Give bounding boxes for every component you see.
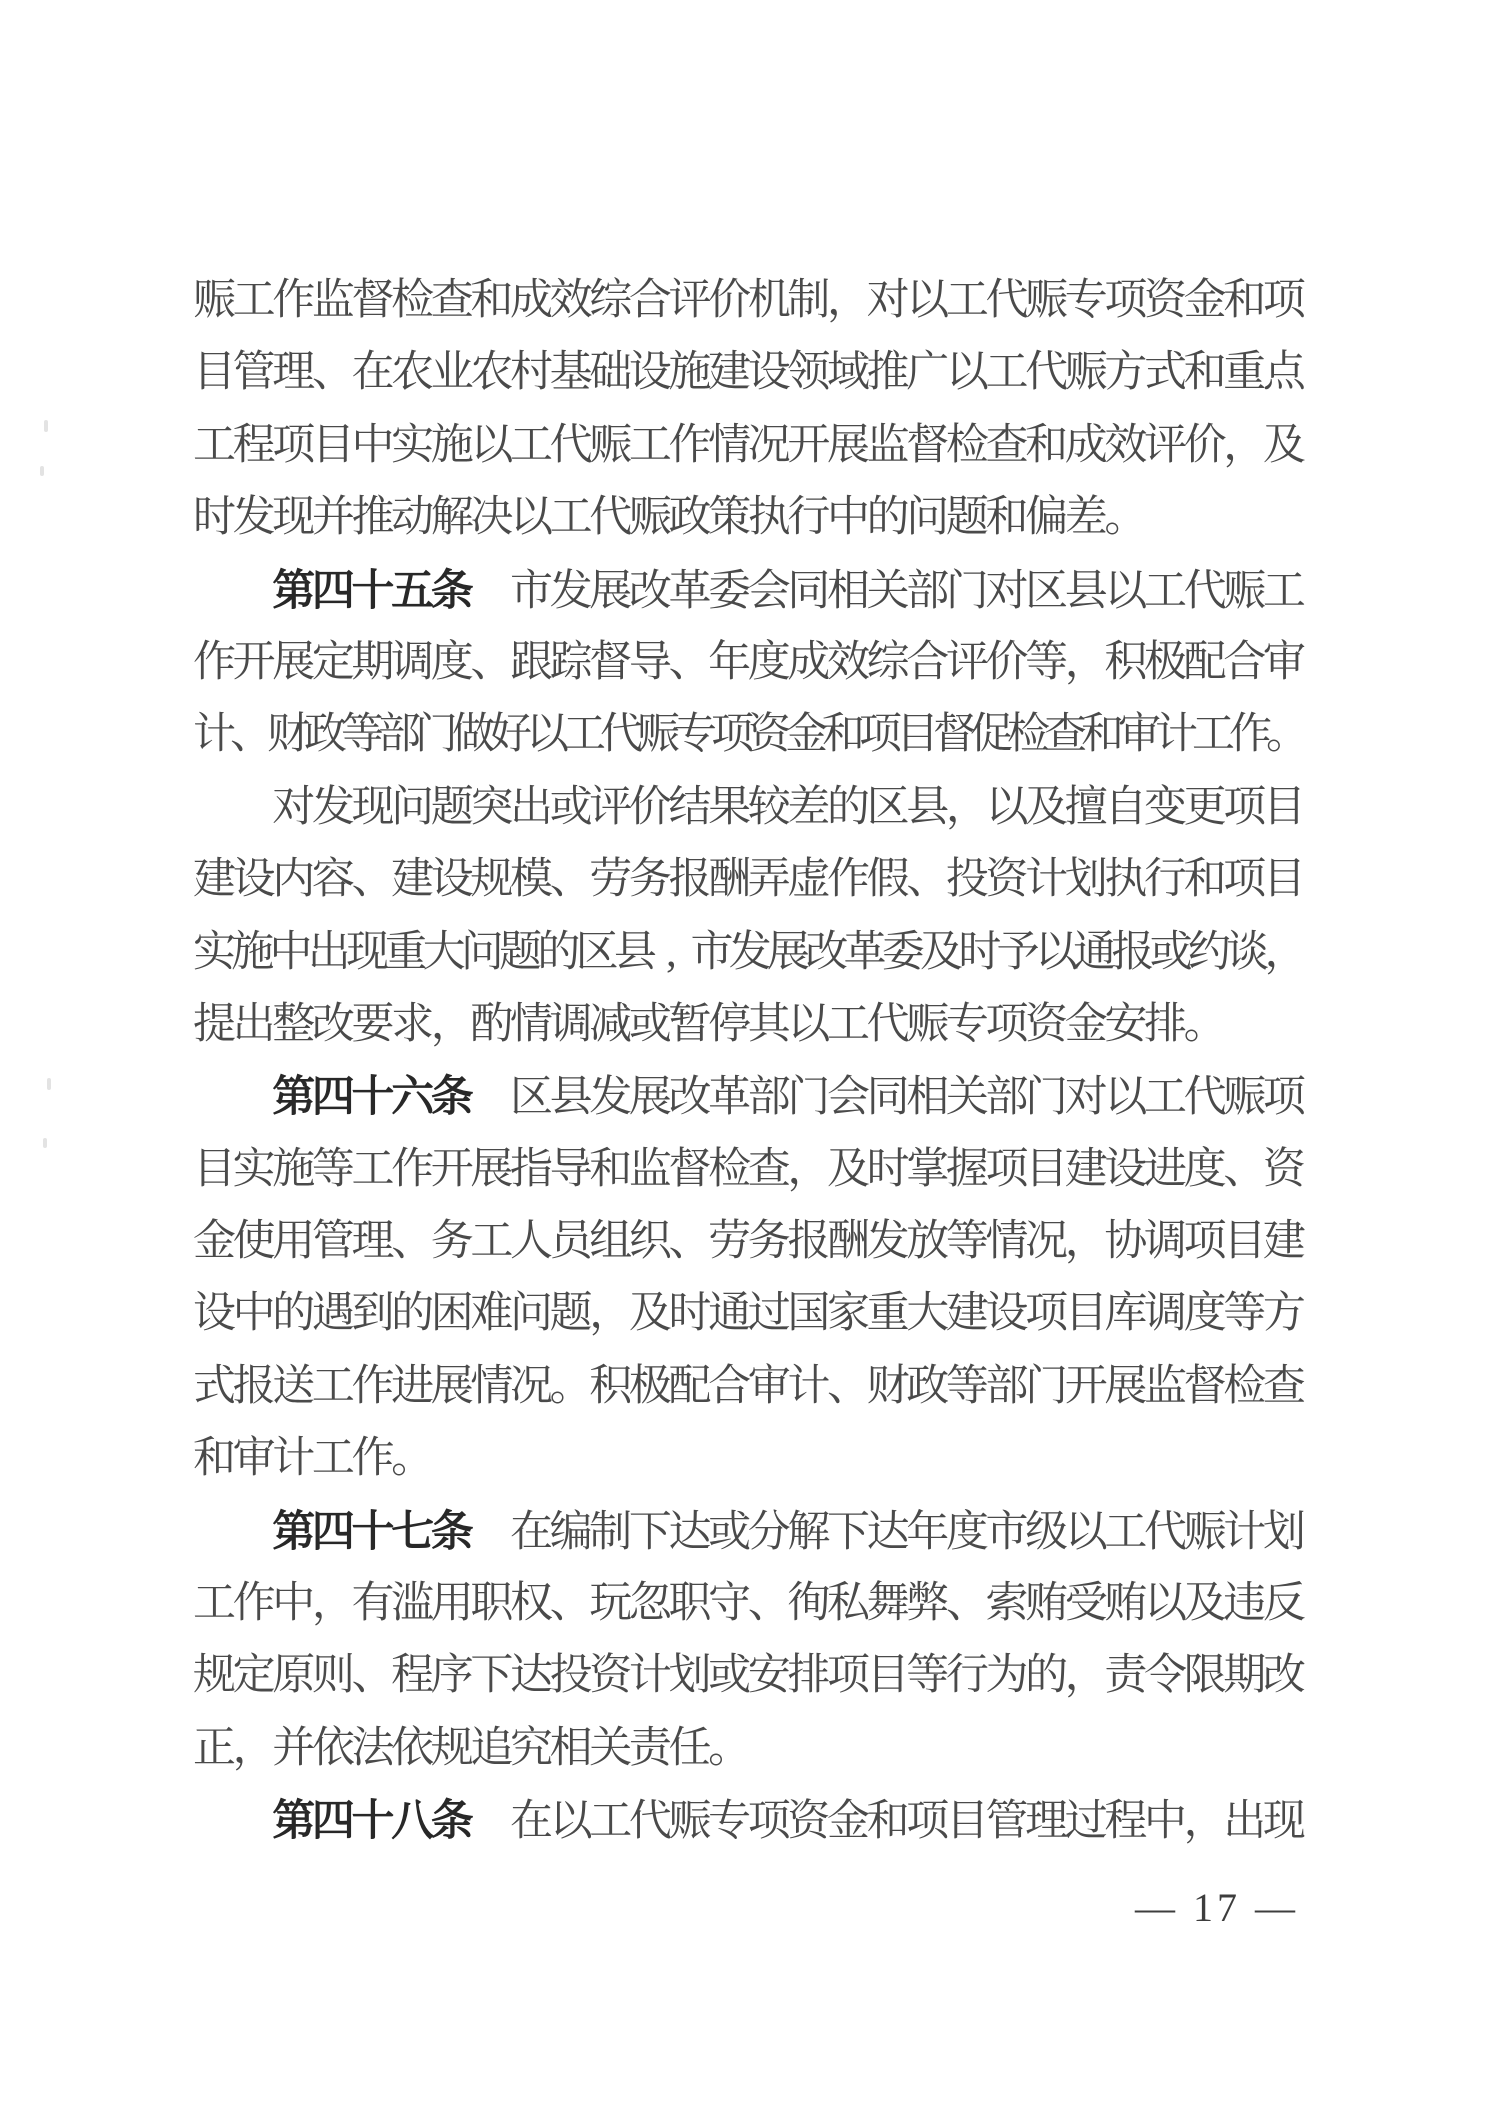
body-char: 评 — [589, 772, 629, 844]
body-char: 或 — [708, 1497, 748, 1569]
body-char: 综 — [867, 627, 907, 699]
body-char: 领 — [787, 337, 827, 409]
body-char: 合 — [1223, 627, 1263, 699]
body-char: 、 — [669, 1206, 709, 1278]
body-char: 较 — [748, 772, 788, 844]
body-char: 程 — [233, 410, 273, 482]
body-char: 区 — [510, 1062, 550, 1134]
body-char: 违 — [1223, 1568, 1263, 1640]
body-char: 计 — [193, 699, 230, 771]
body-char: 设 — [1104, 1134, 1144, 1206]
body-char: 中 — [1144, 1786, 1184, 1858]
body-char: 理 — [352, 1206, 392, 1278]
body-char: 设 — [629, 337, 669, 409]
body-char: 和 — [1184, 844, 1224, 916]
body-char: 大 — [423, 917, 461, 989]
body-char: 关 — [589, 1713, 629, 1785]
body-char: 、 — [391, 1206, 431, 1278]
body-char: 、 — [946, 1568, 986, 1640]
body-char: 、 — [748, 1568, 788, 1640]
text-line: 目管理、在农业农村基础设施建设领域推广以工代赈方式和重点 — [193, 337, 1303, 409]
body-char: 问 — [391, 772, 431, 844]
body-char: 谈 — [1226, 917, 1264, 989]
body-char: 管 — [233, 337, 273, 409]
body-char: 赈 — [1065, 337, 1105, 409]
body-char: 代 — [629, 1786, 669, 1858]
body-char: 正 — [193, 1713, 233, 1785]
body-char: 计 — [1223, 1497, 1263, 1569]
body-char: 作 — [352, 1423, 392, 1495]
body-char: 、 — [906, 844, 946, 916]
body-char: 有 — [352, 1568, 392, 1640]
body-char: 导 — [550, 1134, 590, 1206]
body-char: 划 — [669, 1640, 709, 1712]
body-char: 定 — [312, 627, 352, 699]
body-char: 项 — [748, 1786, 788, 1858]
body-char: 目 — [312, 410, 352, 482]
body-char: 改 — [805, 917, 843, 989]
body-char: 题 — [946, 482, 986, 554]
text-line: 作开展定期调度、跟踪督导、年度成效综合评价等，积极配合审 — [193, 627, 1303, 699]
body-char: 组 — [589, 1206, 629, 1278]
body-char: 促 — [970, 699, 1007, 771]
body-char: 年 — [708, 627, 748, 699]
body-char: 检 — [708, 1134, 748, 1206]
body-char: 机 — [748, 265, 788, 337]
body-char: 、 — [550, 844, 590, 916]
body-char: 达 — [867, 1497, 907, 1569]
body-char: 开 — [431, 1134, 471, 1206]
body-char: 责 — [1104, 1640, 1144, 1712]
body-char: 跟 — [510, 627, 550, 699]
body-char: 施 — [272, 1134, 312, 1206]
body-char: 情 — [708, 410, 748, 482]
body-char: 域 — [827, 337, 867, 409]
body-char: 相 — [550, 1713, 590, 1785]
body-char: 展 — [767, 917, 805, 989]
body-char: 项 — [711, 699, 748, 771]
body-char: 赈 — [1223, 556, 1263, 628]
body-char: 赈 — [1184, 1497, 1224, 1569]
body-char: 作 — [669, 410, 709, 482]
body-char: 索 — [986, 1568, 1026, 1640]
body-char: 结 — [669, 772, 709, 844]
body-char: 项 — [986, 1134, 1026, 1206]
body-char: 现 — [352, 772, 392, 844]
body-char: 等 — [946, 1206, 986, 1278]
body-char: ， — [1184, 1786, 1224, 1858]
body-char: 则 — [312, 1640, 352, 1712]
scan-speck — [47, 1078, 51, 1090]
body-char: 改 — [1263, 1640, 1303, 1712]
text-line: 对发现问题突出或评价结果较差的区县，以及擅自变更项目 — [193, 772, 1303, 844]
body-char: 及 — [920, 917, 958, 989]
body-char: 效 — [827, 627, 867, 699]
body-char: 题 — [550, 1278, 590, 1350]
body-char: 、 — [1223, 1134, 1263, 1206]
body-char: 审 — [1118, 699, 1155, 771]
scan-speck — [40, 466, 44, 476]
article-number-char: 八 — [391, 1785, 431, 1857]
body-char: 时 — [193, 482, 233, 554]
body-char: 关 — [867, 556, 907, 628]
body-char: 目 — [1263, 844, 1303, 916]
body-char: 求 — [391, 989, 431, 1061]
body-char: 差 — [787, 772, 827, 844]
body-char: 金 — [827, 1786, 867, 1858]
text-line: 金使用管理、务工人员组织、劳务报酬发放等情况，协调项目建 — [193, 1206, 1303, 1278]
body-char: 设 — [193, 1278, 233, 1350]
body-char: 过 — [1065, 1786, 1105, 1858]
body-char: 资 — [1263, 1134, 1303, 1206]
body-char: 达 — [669, 1497, 709, 1569]
body-char: 、 — [827, 1351, 867, 1423]
body-char: 建 — [391, 844, 431, 916]
article-number-char: 十 — [352, 1785, 392, 1857]
body-char: 作 — [1229, 699, 1266, 771]
body-char: 代 — [589, 482, 629, 554]
body-char: 任 — [669, 1713, 709, 1785]
body-char: 工 — [352, 1134, 392, 1206]
body-char: 级 — [1025, 1497, 1065, 1569]
body-char: 贿 — [1104, 1568, 1144, 1640]
body-char: 县 — [906, 772, 946, 844]
body-char: 工 — [629, 410, 669, 482]
body-char: 基 — [550, 337, 590, 409]
body-char: 或 — [550, 772, 590, 844]
body-char: 发 — [589, 1062, 629, 1134]
body-char: 审 — [748, 1351, 788, 1423]
body-char: 难 — [470, 1278, 510, 1350]
body-char: 等 — [946, 1351, 986, 1423]
body-char: 及 — [1025, 772, 1065, 844]
body-char: ， — [787, 1134, 827, 1206]
body-char: 在 — [510, 1497, 550, 1569]
body-char: 情 — [510, 989, 550, 1061]
body-char: 会 — [748, 556, 788, 628]
body-char: 项 — [1104, 265, 1144, 337]
body-char: 代 — [867, 989, 907, 1061]
body-char: 规 — [470, 844, 510, 916]
body-char: 以 — [526, 699, 563, 771]
body-char: 以 — [1104, 556, 1144, 628]
body-char: 代 — [600, 699, 637, 771]
body-char: 督 — [669, 1134, 709, 1206]
body-char: 对 — [867, 265, 907, 337]
body-char: 同 — [787, 556, 827, 628]
text-line: 工程项目中实施以工代赈工作情况开展监督检查和成效评价，及 — [193, 410, 1303, 482]
body-char: 等 — [906, 1640, 946, 1712]
body-char: 行 — [1144, 844, 1184, 916]
body-char: 和 — [822, 699, 859, 771]
body-char: 工 — [312, 1423, 352, 1495]
body-char: 重 — [867, 1278, 907, 1350]
body-char: 监 — [867, 410, 907, 482]
body-char: 年 — [906, 1497, 946, 1569]
body-char: 推 — [867, 337, 907, 409]
body-char: 改 — [312, 989, 352, 1061]
body-char: 依 — [391, 1713, 431, 1785]
body-char: 查 — [1263, 1351, 1303, 1423]
body-char: 和 — [1223, 265, 1263, 337]
body-char: 发 — [550, 556, 590, 628]
body-char: 送 — [272, 1351, 312, 1423]
body-char: 代 — [550, 410, 590, 482]
body-char: 时 — [867, 1134, 907, 1206]
body-char: 工 — [193, 410, 233, 482]
body-char: 专 — [708, 1786, 748, 1858]
body-char: 工 — [1192, 699, 1229, 771]
body-char: 自 — [1104, 772, 1144, 844]
body-char: 徇 — [787, 1568, 827, 1640]
body-char: 序 — [431, 1640, 471, 1712]
body-char: 县 — [550, 1062, 590, 1134]
body-char: 项 — [827, 1640, 867, 1712]
text-line: 实施中出现重大问题的区县,市发展改革委及时予以通报或约谈， — [193, 917, 1303, 989]
body-char: 好 — [489, 699, 526, 771]
body-char: 工 — [312, 1351, 352, 1423]
body-char: 极 — [629, 1351, 669, 1423]
body-char: 及 — [1263, 410, 1303, 482]
body-char: 度 — [946, 1497, 986, 1569]
body-char: 导 — [629, 627, 669, 699]
body-char: 现 — [1263, 1786, 1303, 1858]
body-char: 对 — [986, 556, 1026, 628]
body-char: 价 — [986, 627, 1026, 699]
body-char: 到 — [352, 1278, 392, 1350]
body-char: 同 — [867, 1062, 907, 1134]
body-char: 础 — [589, 337, 629, 409]
body-char: 出 — [308, 917, 346, 989]
body-char: 革 — [708, 1062, 748, 1134]
body-char: 决 — [470, 482, 510, 554]
body-char: 和 — [193, 1423, 233, 1495]
body-char: 监 — [1144, 1351, 1184, 1423]
body-char: 成 — [1065, 410, 1105, 482]
body-char: 开 — [787, 410, 827, 482]
article-number-char: 条 — [431, 1061, 471, 1133]
article-number-char: 六 — [391, 1061, 431, 1133]
body-char: 酬 — [708, 844, 748, 916]
text-line: 目实施等工作开展指导和监督检查，及时掌握项目建设进度、资 — [193, 1134, 1303, 1206]
body-char: 点 — [1263, 337, 1303, 409]
body-char: 执 — [1104, 844, 1144, 916]
body-char: 中 — [272, 1568, 312, 1640]
body-char: 解 — [787, 1497, 827, 1569]
body-char: 出 — [510, 772, 550, 844]
body-char: 目 — [896, 699, 933, 771]
body-char: 督 — [352, 265, 392, 337]
body-char: 排 — [787, 1640, 827, 1712]
body-char: ， — [233, 1713, 273, 1785]
body-char: 限 — [1184, 1640, 1224, 1712]
body-char: 工 — [1263, 556, 1303, 628]
body-char: 舞 — [867, 1568, 907, 1640]
body-char: 推 — [352, 482, 392, 554]
body-char: 目 — [193, 1134, 233, 1206]
article-number-char: 条 — [431, 555, 471, 627]
body-char: 市 — [510, 556, 550, 628]
body-char: 过 — [748, 1278, 788, 1350]
body-char: 资 — [1144, 265, 1184, 337]
body-char: 设 — [748, 337, 788, 409]
body-char: 施 — [431, 410, 471, 482]
body-char: 中 — [827, 482, 867, 554]
body-char: 划 — [1065, 844, 1105, 916]
body-char: 相 — [906, 1062, 946, 1134]
body-char: 部 — [986, 1351, 1026, 1423]
body-char: 工 — [193, 1568, 233, 1640]
body-char: 积 — [1104, 627, 1144, 699]
body-char: 中 — [233, 1278, 273, 1350]
body-char: 资 — [787, 1786, 827, 1858]
body-char: 在 — [510, 1786, 550, 1858]
body-char: 建 — [1263, 1206, 1303, 1278]
body-char: 督 — [906, 410, 946, 482]
body-char: 革 — [844, 917, 882, 989]
body-char: 要 — [352, 989, 392, 1061]
body-char: 以 — [787, 989, 827, 1061]
body-char: 政 — [669, 482, 709, 554]
body-char: 定 — [233, 1640, 273, 1712]
body-char: 行 — [787, 482, 827, 554]
body-char: 部 — [378, 699, 415, 771]
body-char: 令 — [1144, 1640, 1184, 1712]
text-line: 时发现并推动解决以工代赈政策执行中的问题和偏差。 — [193, 482, 1303, 554]
body-char: 果 — [708, 772, 748, 844]
body-char: 整 — [272, 989, 312, 1061]
body-char: 的 — [391, 1278, 431, 1350]
body-char: 大 — [906, 1278, 946, 1350]
body-char — [470, 1786, 510, 1858]
body-char: 展 — [470, 1134, 510, 1206]
body-char: 度 — [1184, 1278, 1224, 1350]
body-char: 划 — [1263, 1497, 1303, 1569]
body-char: 及 — [827, 1134, 867, 1206]
body-char: ， — [1223, 410, 1263, 482]
body-char: 策 — [708, 482, 748, 554]
body-char: 以 — [946, 337, 986, 409]
text-line: 设中的遇到的困难问题，及时通过国家重大建设项目库调度等方 — [193, 1278, 1303, 1350]
body-char: 。 — [1266, 699, 1303, 771]
body-char: 中 — [270, 917, 308, 989]
body-char: 方 — [1263, 1278, 1303, 1350]
body-char: 制 — [589, 1497, 629, 1569]
body-char: 达 — [510, 1640, 550, 1712]
body-char: 偏 — [1025, 482, 1065, 554]
body-char: 酌 — [470, 989, 510, 1061]
body-char: 虚 — [787, 844, 827, 916]
body-char: 依 — [312, 1713, 352, 1785]
body-char: 握 — [946, 1134, 986, 1206]
body-char: 委 — [708, 556, 748, 628]
body-char: 工 — [470, 1206, 510, 1278]
text-line: 计、财政等部门做好以工代赈专项资金和项目督促检查和审计工作。 — [193, 699, 1303, 771]
body-char: 合 — [629, 265, 669, 337]
body-char: 金 — [1184, 265, 1224, 337]
body-char: 监 — [629, 1134, 669, 1206]
page-number: — 17 — — [1135, 1888, 1299, 1928]
body-char: 务 — [629, 844, 669, 916]
body-char: 式 — [1144, 337, 1184, 409]
body-char: 家 — [827, 1278, 867, 1350]
body-char: 村 — [510, 337, 550, 409]
body-char: 况 — [748, 410, 788, 482]
body-char: 门 — [1025, 1062, 1065, 1134]
body-char: 下 — [470, 1640, 510, 1712]
body-char: 约 — [1188, 917, 1226, 989]
body-char: 展 — [827, 410, 867, 482]
text-line: 提出整改要求，酌情调减或暂停其以工代赈专项资金安排。 — [193, 989, 1303, 1061]
body-char: 赈 — [629, 482, 669, 554]
text-line: 第四十六条 区县发展改革部门会同相关部门对以工代赈项 — [193, 1061, 1303, 1133]
body-char: 在 — [352, 337, 392, 409]
body-char — [470, 1497, 510, 1569]
body-char: 并 — [312, 482, 352, 554]
body-char: 项 — [1025, 1278, 1065, 1350]
body-char: 目 — [1263, 772, 1303, 844]
body-char: 暂 — [669, 989, 709, 1061]
body-char: 检 — [1223, 1351, 1263, 1423]
body-char: 工 — [563, 699, 600, 771]
body-char: 减 — [589, 989, 629, 1061]
body-char: 审 — [233, 1423, 273, 1495]
body-char: 受 — [1065, 1568, 1105, 1640]
body-char: 度 — [431, 627, 471, 699]
body-char: 问 — [461, 917, 499, 989]
body-char: 改 — [669, 1062, 709, 1134]
body-char: 解 — [431, 482, 471, 554]
body-char: 代 — [1025, 337, 1065, 409]
body-char: 检 — [391, 265, 431, 337]
body-char: 作 — [233, 1568, 273, 1640]
body-char: 查 — [986, 410, 1026, 482]
body-char: 工 — [1104, 1497, 1144, 1569]
body-char: 通 — [1073, 917, 1111, 989]
body-char: 目 — [946, 1786, 986, 1858]
body-char: 变 — [1144, 772, 1184, 844]
document-page: 赈工作监督检查和成效综合评价机制，对以工代赈专项资金和项目管理、在农业农村基础设… — [0, 0, 1487, 2105]
body-char: 配 — [1184, 627, 1224, 699]
body-char: 问 — [510, 1278, 550, 1350]
text-line: 第四十八条 在以工代赈专项资金和项目管理过程中，出现 — [193, 1785, 1303, 1857]
scan-speck — [43, 1138, 47, 1148]
body-char: 以 — [510, 482, 550, 554]
body-char: 管 — [986, 1786, 1026, 1858]
body-char: 差 — [1065, 482, 1105, 554]
body-char: 使 — [233, 1206, 273, 1278]
body-char: 和 — [867, 1786, 907, 1858]
body-char: 资 — [986, 844, 1026, 916]
body-char: 工 — [550, 482, 590, 554]
body-char: 做 — [452, 699, 489, 771]
body-char: 专 — [674, 699, 711, 771]
body-char: 门 — [415, 699, 452, 771]
body-char: 展 — [272, 627, 312, 699]
body-char: 容 — [312, 844, 352, 916]
body-char: 代 — [986, 265, 1026, 337]
body-char: 作 — [272, 265, 312, 337]
body-char: 突 — [470, 772, 510, 844]
body-char: , — [652, 917, 690, 989]
body-char: 极 — [1144, 627, 1184, 699]
body-char: 动 — [391, 482, 431, 554]
body-char: 度 — [748, 627, 788, 699]
body-char: 以 — [986, 772, 1026, 844]
body-char: 查 — [748, 1134, 788, 1206]
body-char: 工 — [589, 1786, 629, 1858]
article-number-char: 四 — [312, 1496, 352, 1568]
